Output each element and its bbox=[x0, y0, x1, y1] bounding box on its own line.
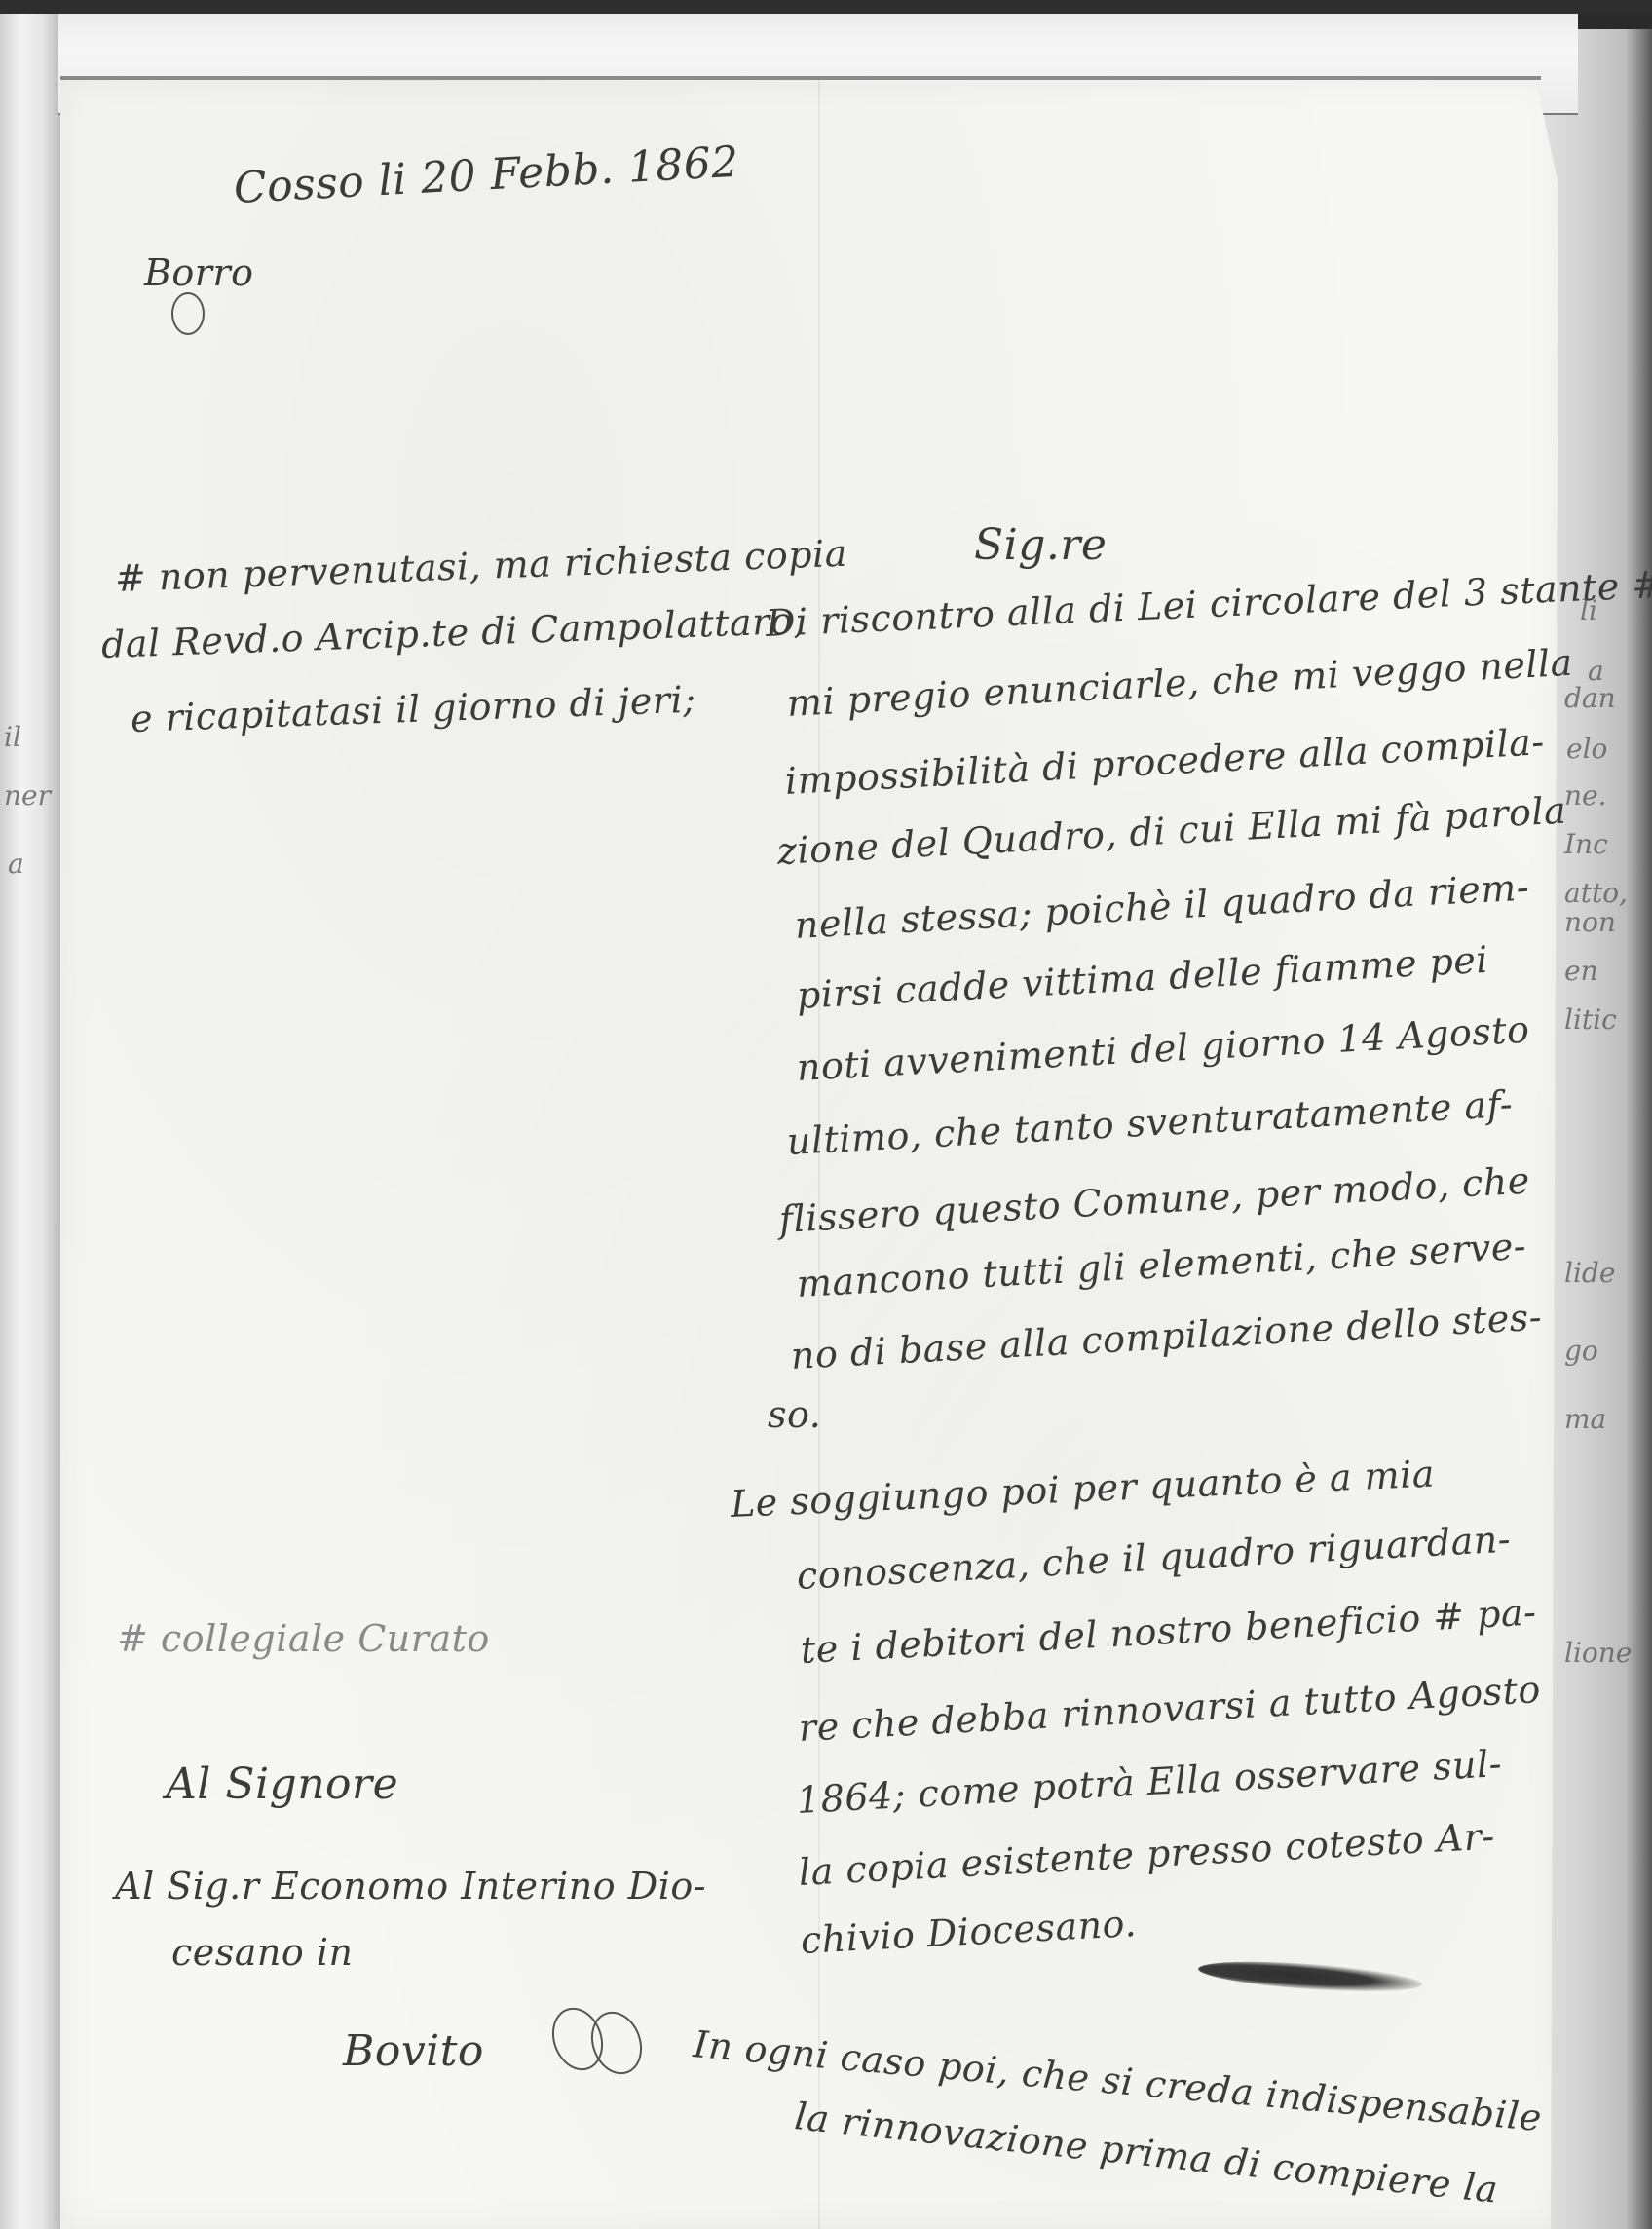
salutation: Sig.re bbox=[974, 520, 1107, 570]
address-line: Al Signore bbox=[166, 1759, 398, 1809]
right-margin-fragment: litic bbox=[1564, 1003, 1617, 1036]
right-margin-fragment: dan bbox=[1564, 682, 1616, 714]
body-line: so. bbox=[768, 1393, 821, 1436]
sheet-top-edge bbox=[60, 76, 1541, 80]
marginal-reference: # collegiale Curato bbox=[117, 1617, 490, 1660]
scanned-document: il ner a li a dan elo ne. Inc atto, non … bbox=[0, 0, 1652, 2229]
scan-top-shadow bbox=[0, 0, 1652, 14]
right-margin-fragment: non bbox=[1564, 906, 1616, 938]
right-margin-fragment: Inc bbox=[1564, 828, 1608, 860]
right-margin-fragment: elo bbox=[1566, 733, 1607, 765]
address-line: Al Sig.r Economo Interino Dio- bbox=[115, 1865, 706, 1908]
left-margin-fragment: ner bbox=[4, 779, 51, 812]
sender-flourish-icon bbox=[171, 292, 205, 335]
right-margin-fragment: go bbox=[1564, 1335, 1598, 1367]
right-margin-fragment: ma bbox=[1564, 1403, 1606, 1435]
address-line: cesano in bbox=[171, 1931, 353, 1974]
left-margin-fragment: a bbox=[8, 848, 24, 880]
right-margin-fragment: lione bbox=[1564, 1637, 1632, 1669]
sender-mark: Borro bbox=[144, 251, 254, 294]
right-margin-fragment: atto, bbox=[1564, 877, 1628, 909]
underlying-page-left bbox=[0, 0, 60, 2229]
left-margin-fragment: il bbox=[4, 721, 21, 753]
right-margin-fragment: en bbox=[1564, 955, 1598, 987]
right-margin-fragment: ne. bbox=[1564, 779, 1607, 812]
destination: Bovito bbox=[343, 2026, 484, 2076]
right-margin-fragment: lide bbox=[1564, 1257, 1615, 1289]
